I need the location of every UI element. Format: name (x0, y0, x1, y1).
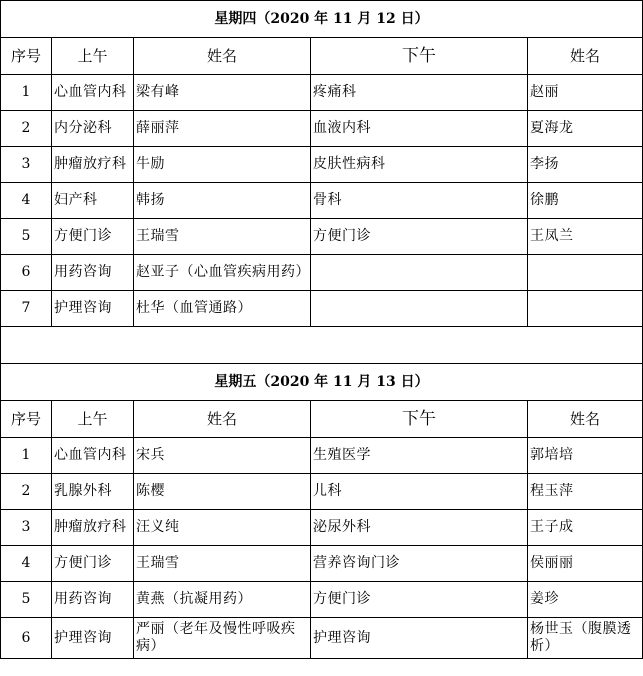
pm-doctor: 李扬 (528, 147, 643, 183)
row-index: 3 (1, 510, 52, 546)
am-department: 用药咨询 (52, 582, 134, 618)
table-row: 6 用药咨询 赵亚子（心血管疾病用药） (1, 255, 643, 291)
am-department: 心血管内科 (52, 438, 134, 474)
pm-doctor: 徐鹏 (528, 183, 643, 219)
header-name: 姓名 (134, 401, 311, 438)
row-index: 1 (1, 438, 52, 474)
day-title: 星期五（2020 年 11 月 13 日） (1, 364, 643, 401)
am-doctor: 韩扬 (134, 183, 311, 219)
pm-doctor: 杨世玉（腹膜透析） (528, 618, 643, 659)
row-index: 4 (1, 183, 52, 219)
am-doctor: 梁有峰 (134, 75, 311, 111)
header-index: 序号 (1, 38, 52, 75)
am-department: 内分泌科 (52, 111, 134, 147)
row-index: 6 (1, 255, 52, 291)
pm-doctor: 侯丽丽 (528, 546, 643, 582)
row-index: 3 (1, 147, 52, 183)
header-morning: 上午 (52, 401, 134, 438)
table-row: 2 乳腺外科 陈樱 儿科 程玉萍 (1, 474, 643, 510)
am-department: 乳腺外科 (52, 474, 134, 510)
header-name: 姓名 (528, 38, 643, 75)
am-doctor: 王瑞雪 (134, 546, 311, 582)
row-index: 4 (1, 546, 52, 582)
pm-doctor: 夏海龙 (528, 111, 643, 147)
row-index: 5 (1, 219, 52, 255)
pm-doctor (528, 291, 643, 327)
pm-department: 方便门诊 (311, 582, 528, 618)
day-title: 星期四（2020 年 11 月 12 日） (1, 1, 643, 38)
header-morning: 上午 (52, 38, 134, 75)
am-doctor: 黄燕（抗凝用药） (134, 582, 311, 618)
am-doctor: 陈樱 (134, 474, 311, 510)
am-department: 护理咨询 (52, 291, 134, 327)
row-index: 7 (1, 291, 52, 327)
header-index: 序号 (1, 401, 52, 438)
pm-department (311, 291, 528, 327)
am-doctor: 薛丽萍 (134, 111, 311, 147)
pm-department: 方便门诊 (311, 219, 528, 255)
pm-department: 生殖医学 (311, 438, 528, 474)
am-department: 方便门诊 (52, 219, 134, 255)
table-row: 3 肿瘤放疗科 汪义纯 泌尿外科 王子成 (1, 510, 643, 546)
table-row: 1 心血管内科 梁有峰 疼痛科 赵丽 (1, 75, 643, 111)
spacer-row (1, 327, 643, 364)
table-row: 4 方便门诊 王瑞雪 营养咨询门诊 侯丽丽 (1, 546, 643, 582)
am-department: 肿瘤放疗科 (52, 147, 134, 183)
table-row: 6 护理咨询 严丽（老年及慢性呼吸疾病） 护理咨询 杨世玉（腹膜透析） (1, 618, 643, 659)
am-department: 肿瘤放疗科 (52, 510, 134, 546)
pm-doctor: 赵丽 (528, 75, 643, 111)
pm-doctor: 程玉萍 (528, 474, 643, 510)
pm-department: 儿科 (311, 474, 528, 510)
pm-doctor: 王子成 (528, 510, 643, 546)
am-department: 心血管内科 (52, 75, 134, 111)
pm-department: 皮肤性病科 (311, 147, 528, 183)
row-index: 5 (1, 582, 52, 618)
am-department: 护理咨询 (52, 618, 134, 659)
pm-department: 泌尿外科 (311, 510, 528, 546)
header-afternoon: 下午 (311, 401, 528, 438)
pm-department: 骨科 (311, 183, 528, 219)
am-doctor: 王瑞雪 (134, 219, 311, 255)
header-afternoon: 下午 (311, 38, 528, 75)
header-row: 序号 上午 姓名 下午 姓名 (1, 38, 643, 75)
table-row: 3 肿瘤放疗科 牛励 皮肤性病科 李扬 (1, 147, 643, 183)
pm-doctor: 姜珍 (528, 582, 643, 618)
table-row: 4 妇产科 韩扬 骨科 徐鹏 (1, 183, 643, 219)
table-row: 5 用药咨询 黄燕（抗凝用药） 方便门诊 姜珍 (1, 582, 643, 618)
am-department: 用药咨询 (52, 255, 134, 291)
am-doctor: 宋兵 (134, 438, 311, 474)
am-doctor: 严丽（老年及慢性呼吸疾病） (134, 618, 311, 659)
pm-doctor: 王凤兰 (528, 219, 643, 255)
header-name: 姓名 (528, 401, 643, 438)
spacer-cell (1, 327, 643, 364)
am-doctor: 杜华（血管通路） (134, 291, 311, 327)
am-doctor: 牛励 (134, 147, 311, 183)
row-index: 1 (1, 75, 52, 111)
am-doctor: 汪义纯 (134, 510, 311, 546)
am-department: 妇产科 (52, 183, 134, 219)
day-title-row-friday: 星期五（2020 年 11 月 13 日） (1, 364, 643, 401)
header-name: 姓名 (134, 38, 311, 75)
row-index: 2 (1, 111, 52, 147)
pm-department: 疼痛科 (311, 75, 528, 111)
header-row: 序号 上午 姓名 下午 姓名 (1, 401, 643, 438)
row-index: 6 (1, 618, 52, 659)
table-row: 1 心血管内科 宋兵 生殖医学 郭培培 (1, 438, 643, 474)
pm-department (311, 255, 528, 291)
pm-department: 护理咨询 (311, 618, 528, 659)
am-department: 方便门诊 (52, 546, 134, 582)
pm-doctor (528, 255, 643, 291)
table-row: 2 内分泌科 薛丽萍 血液内科 夏海龙 (1, 111, 643, 147)
table-row: 5 方便门诊 王瑞雪 方便门诊 王凤兰 (1, 219, 643, 255)
pm-department: 营养咨询门诊 (311, 546, 528, 582)
schedule-table: 星期四（2020 年 11 月 12 日） 序号 上午 姓名 下午 姓名 1 心… (0, 0, 643, 659)
pm-department: 血液内科 (311, 111, 528, 147)
pm-doctor: 郭培培 (528, 438, 643, 474)
am-doctor: 赵亚子（心血管疾病用药） (134, 255, 311, 291)
table-row: 7 护理咨询 杜华（血管通路） (1, 291, 643, 327)
day-title-row-thursday: 星期四（2020 年 11 月 12 日） (1, 1, 643, 38)
row-index: 2 (1, 474, 52, 510)
